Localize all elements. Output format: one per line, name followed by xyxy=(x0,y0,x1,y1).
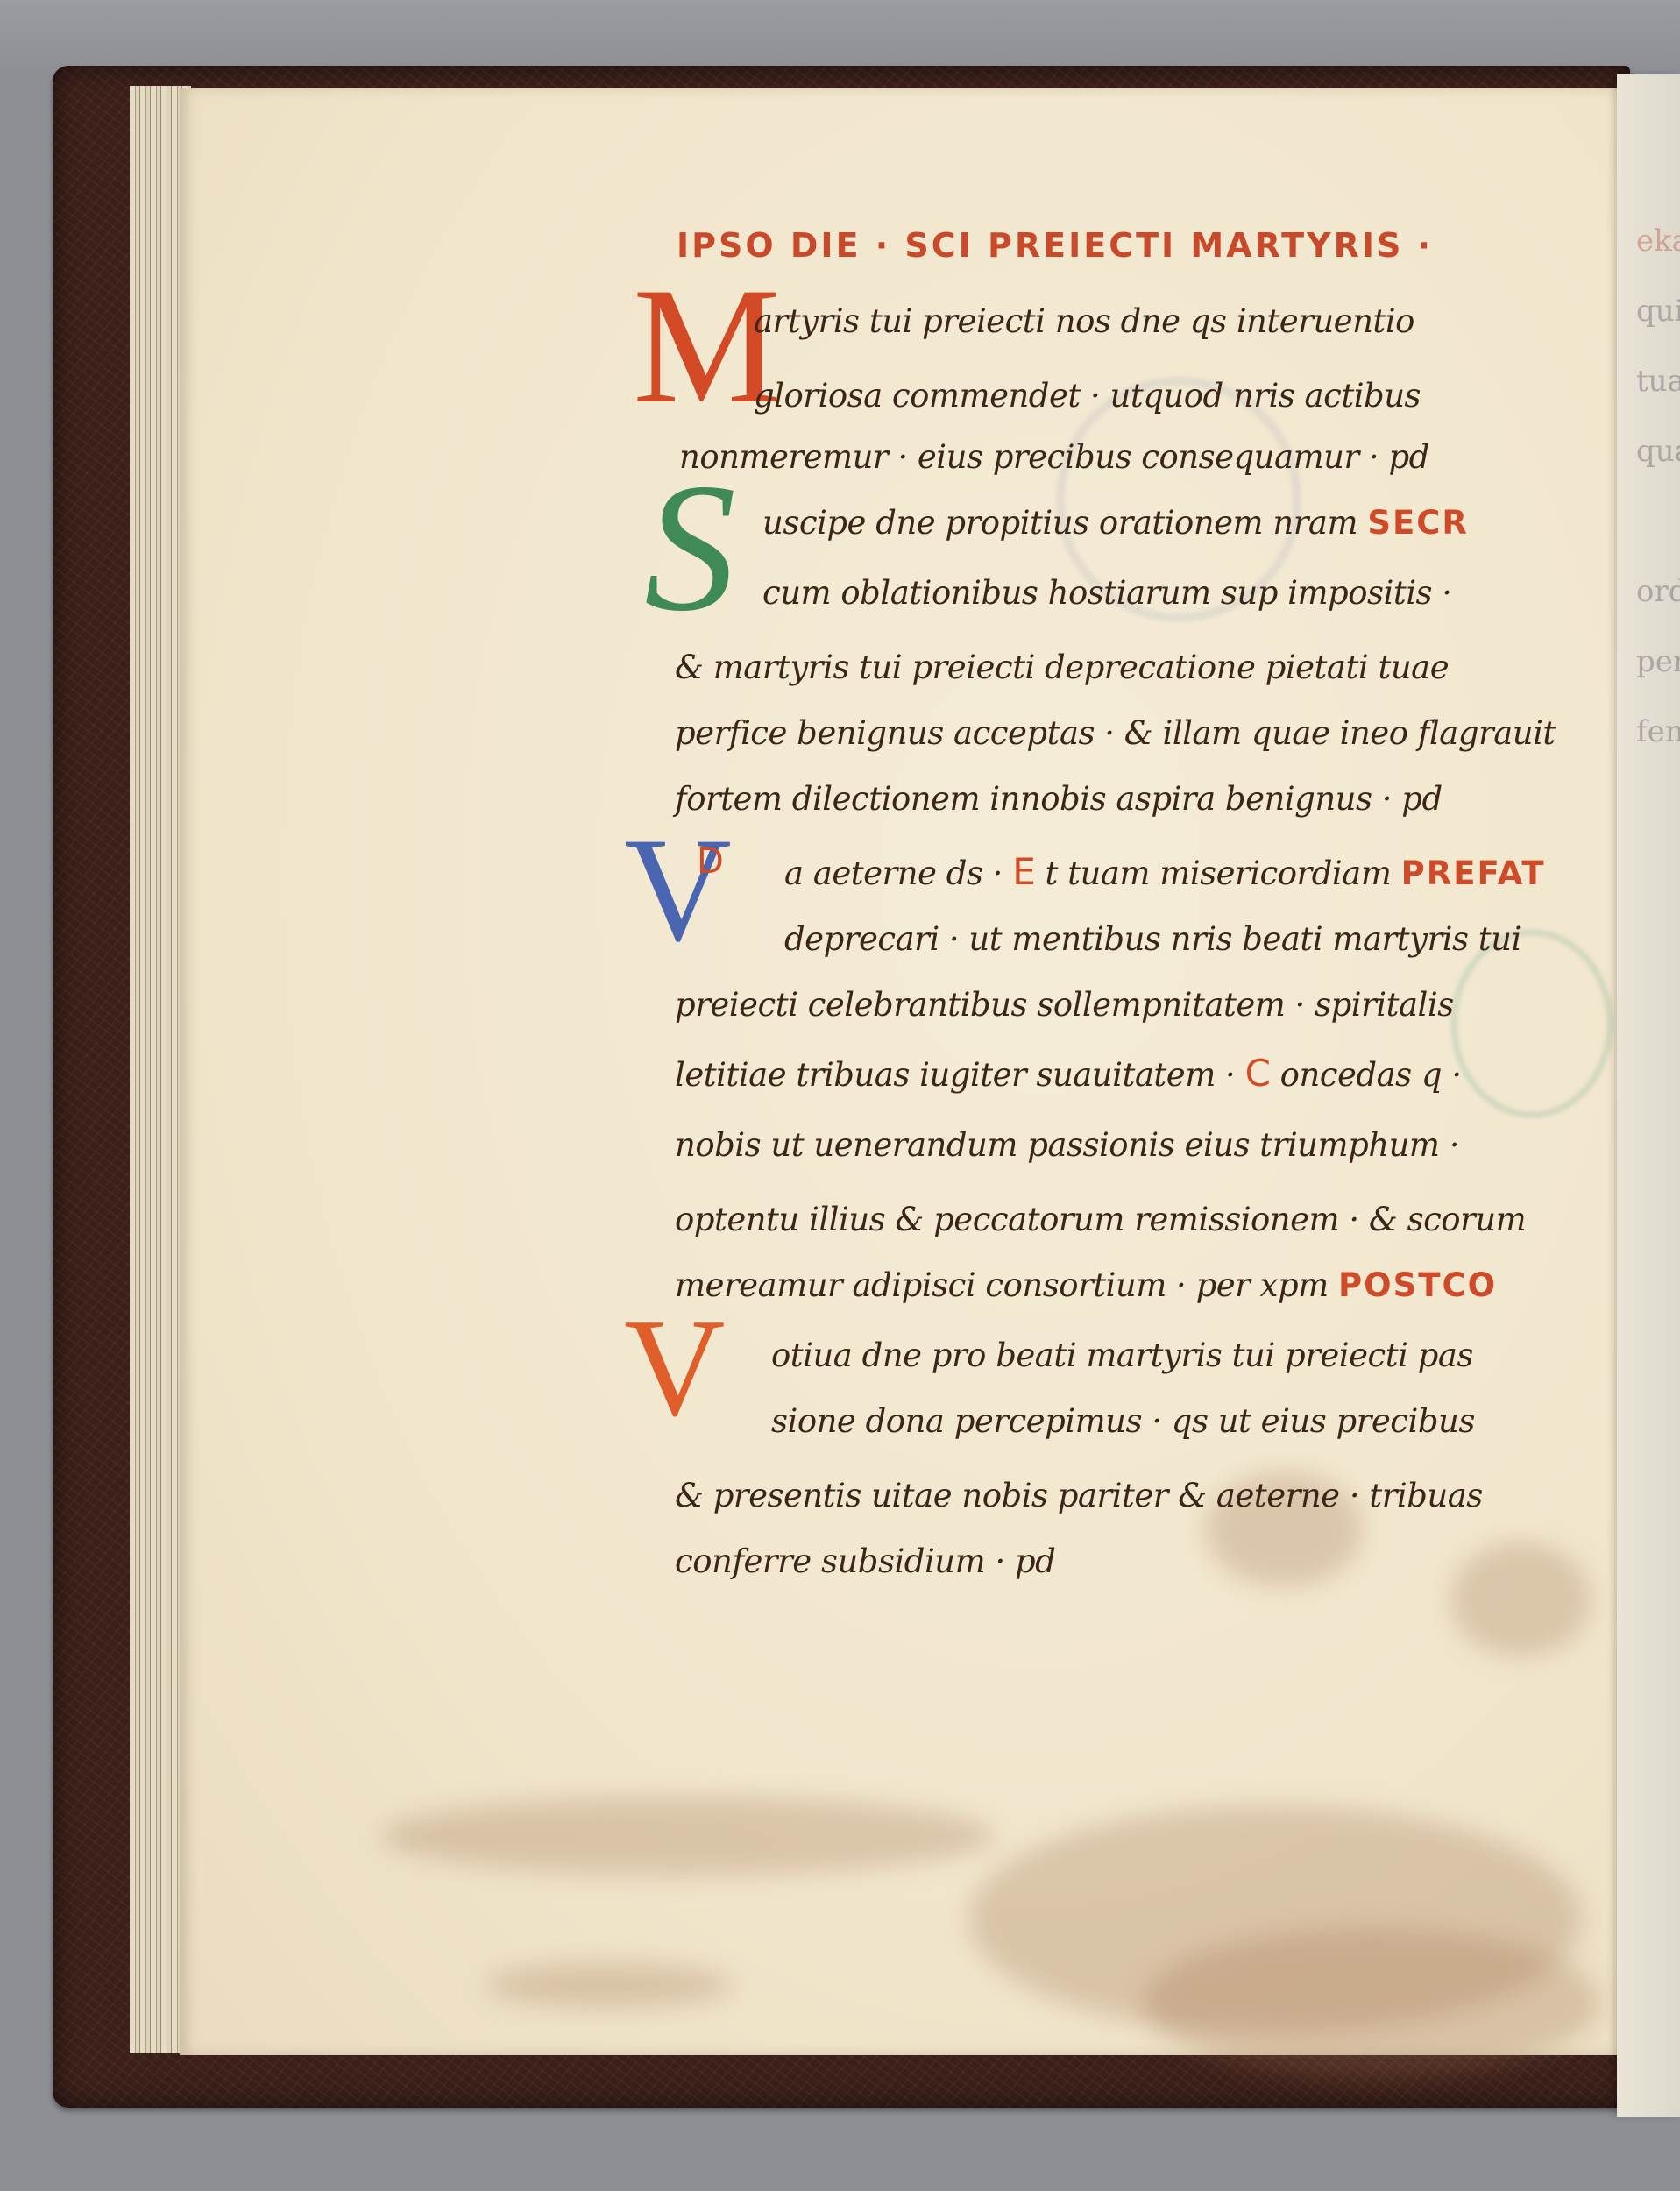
rubric-heading: IPSO DIE · SCI PREIECTI MARTYRIS · xyxy=(677,226,1433,265)
rubric-secr: SECR xyxy=(1367,504,1469,542)
text-line: cum oblationibus hostiarum sup impositis… xyxy=(762,574,1452,612)
rubric-prefat: PREFAT xyxy=(1401,854,1546,892)
text-line: deprecari · ut mentibus nris beati marty… xyxy=(784,920,1521,958)
text-line: gloriosa commendet · utquod nris actibus xyxy=(754,377,1421,415)
text-line: nonmeremur · eius precibus consequamur ·… xyxy=(679,438,1429,476)
inline-capital-c: C xyxy=(1245,1052,1271,1095)
facing-leaf-edge: eka qui tuac quam ordinem per lux fendit xyxy=(1617,74,1680,2117)
rubric-postco: POSTCO xyxy=(1338,1266,1497,1304)
initial-v-vermilion: V xyxy=(624,1297,726,1437)
water-stain xyxy=(1450,1542,1591,1656)
text-line: & martyris tui preiecti deprecatione pie… xyxy=(675,649,1449,686)
text-line: mereamur adipisci consortium · per xpm P… xyxy=(675,1266,1497,1304)
text-line: otiua dne pro beati martyris tui preiect… xyxy=(771,1337,1473,1374)
text-line: & presentis uitae nobis pariter & aetern… xyxy=(675,1477,1483,1514)
text-line: fortem dilectionem innobis aspira benign… xyxy=(675,780,1443,818)
text-line: sione dona percepimus · qs ut eius preci… xyxy=(771,1402,1475,1440)
text-line: artyris tui preiecti nos dne qs interuen… xyxy=(754,302,1414,340)
water-stain xyxy=(1144,1928,1599,2077)
text-line: preiecti celebrantibus sollempnitatem · … xyxy=(675,986,1454,1024)
initial-superscript-d: D xyxy=(697,841,724,882)
text-line: optentu illius & peccatorum remissionem … xyxy=(675,1201,1526,1238)
text-line: perfice benignus acceptas · & illam quae… xyxy=(675,714,1556,752)
water-stain xyxy=(381,1797,995,1875)
text-line: uscipe dne propitius orationem nram SECR xyxy=(762,504,1469,542)
text-line: a aeterne ds · E t tuam misericordiam PR… xyxy=(784,850,1546,893)
water-stain xyxy=(486,1963,732,2007)
photo-backdrop xyxy=(0,0,1680,70)
initial-s-green: S xyxy=(644,456,736,640)
inline-capital-e: E xyxy=(1012,850,1035,893)
text-line: conferre subsidium · pd xyxy=(675,1542,1055,1580)
text-line: nobis ut uenerandum passionis eius trium… xyxy=(675,1126,1459,1164)
initial-v-blue: V xyxy=(624,815,732,964)
text-line: letitiae tribuas iugiter suauitatem · C … xyxy=(675,1052,1462,1095)
